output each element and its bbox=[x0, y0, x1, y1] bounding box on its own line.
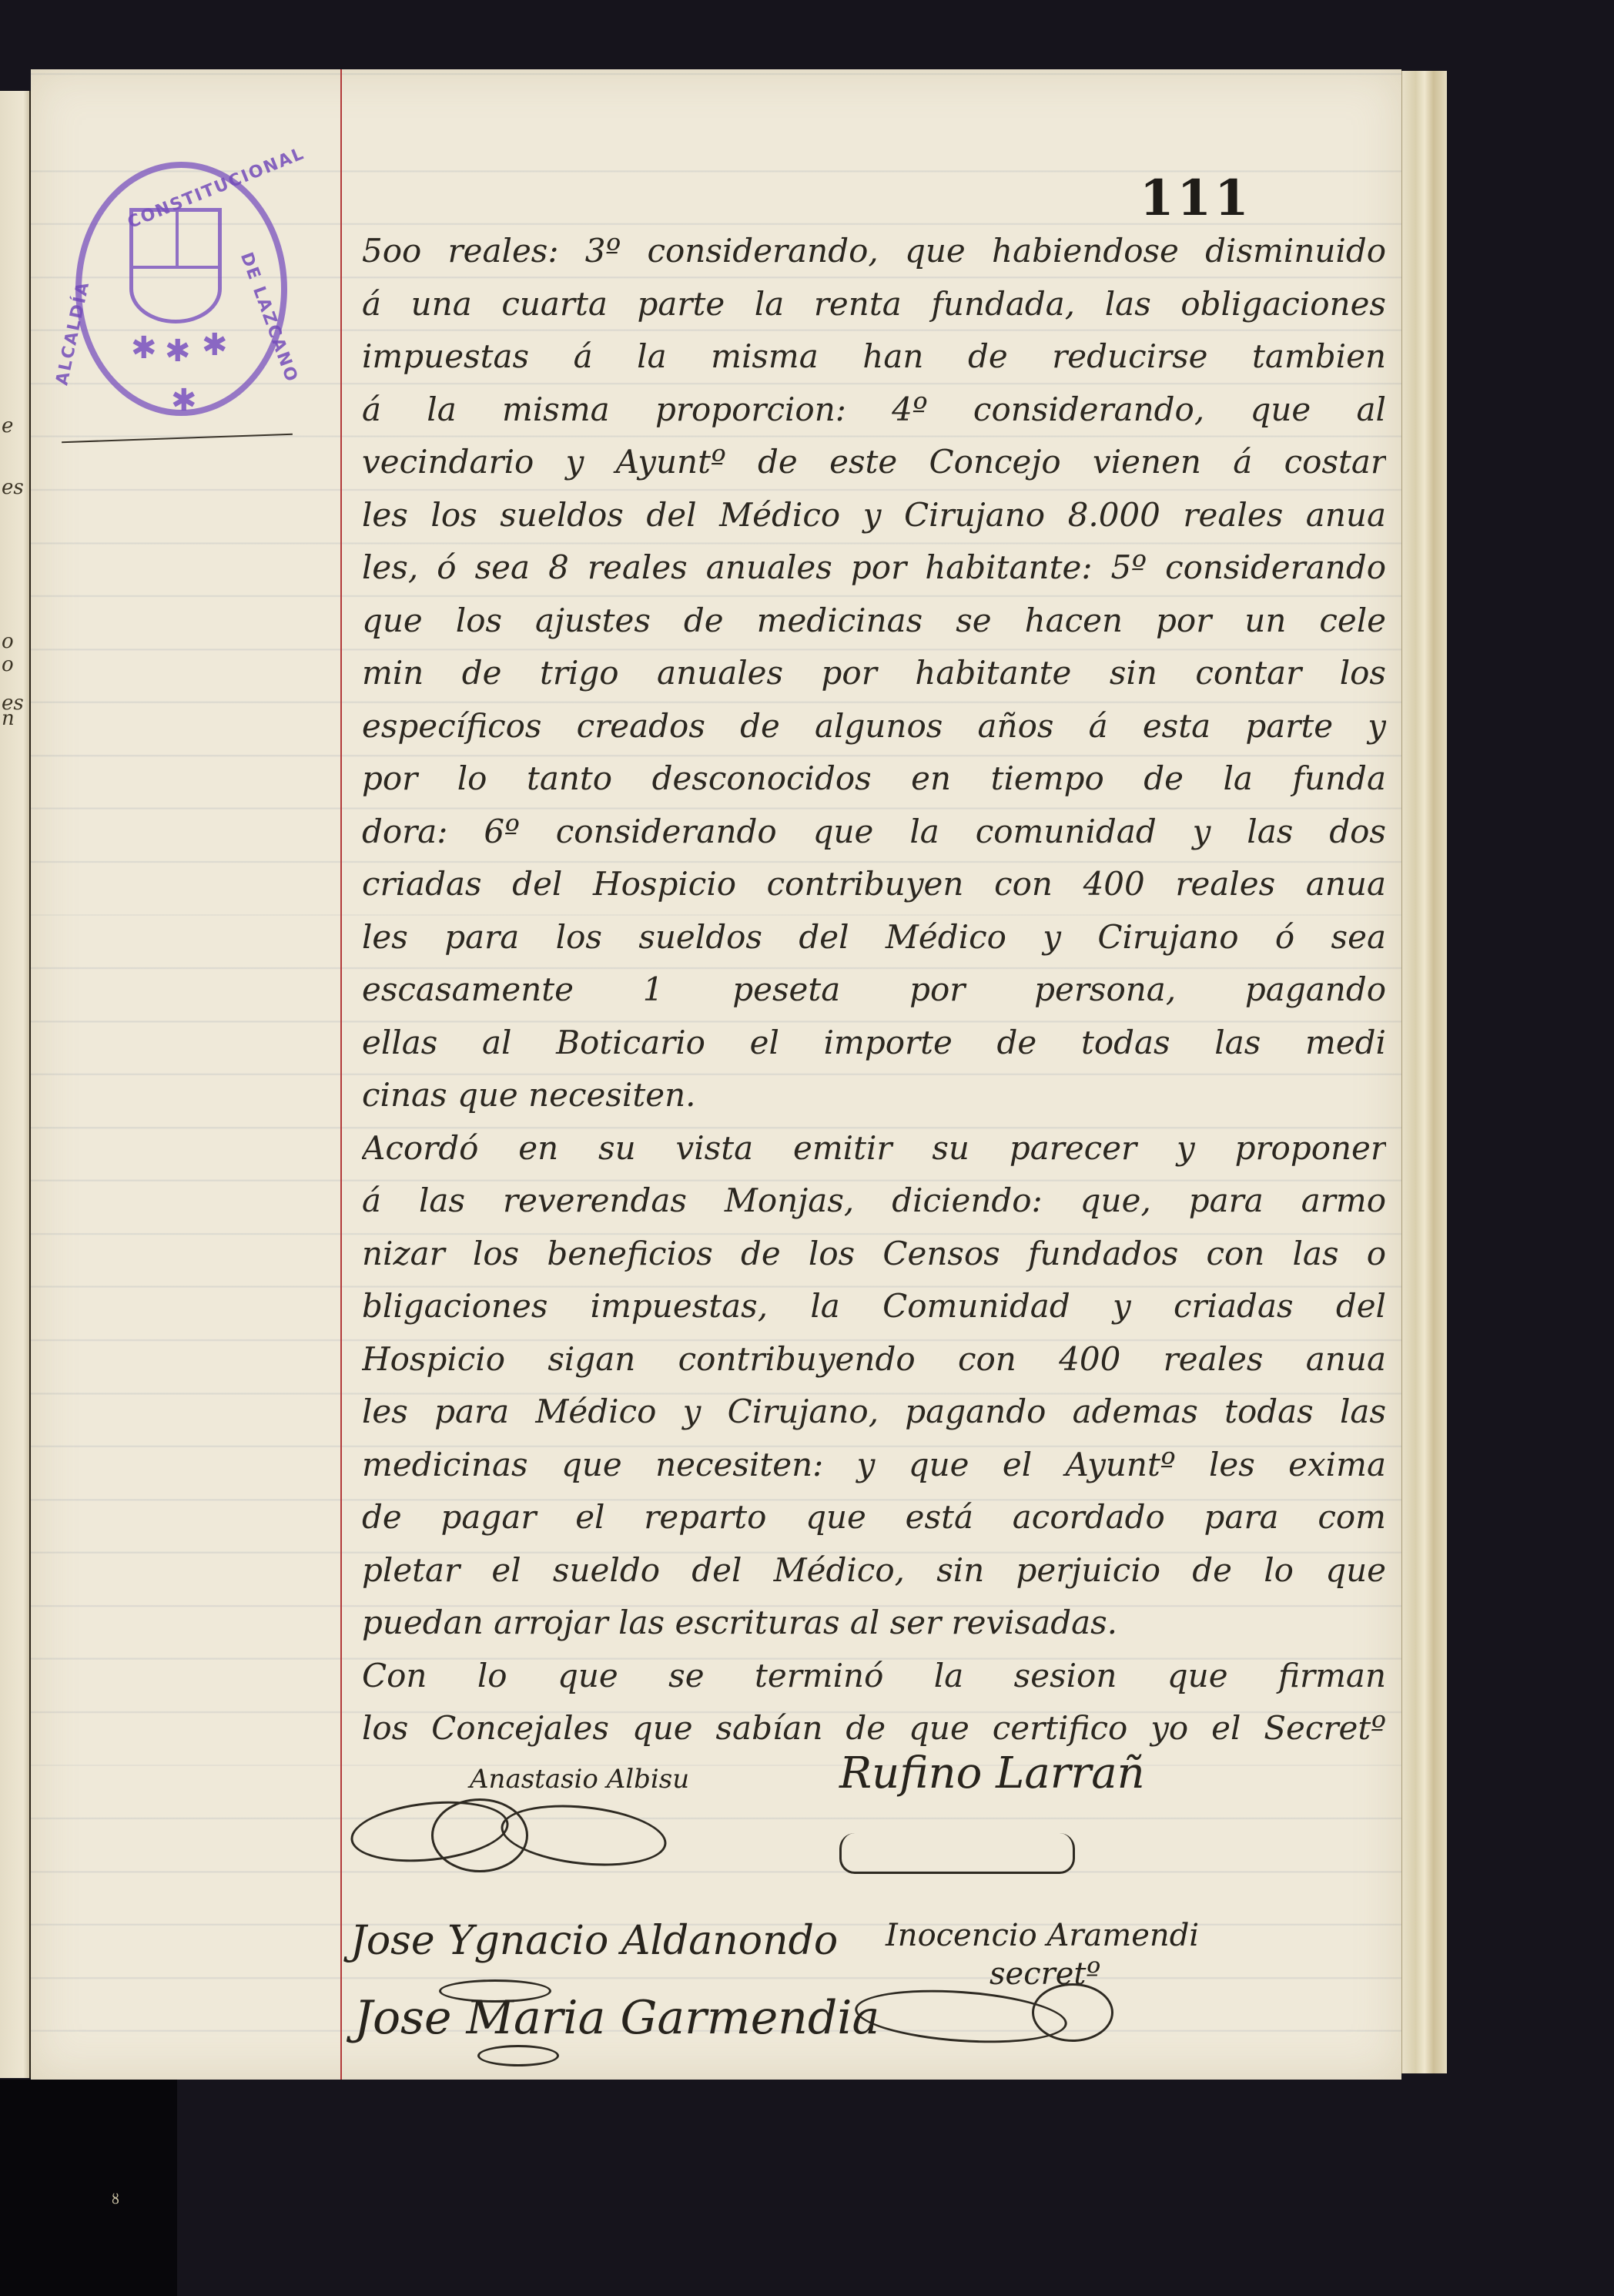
red-margin-rule bbox=[340, 69, 342, 2080]
signature-garmendia: Jose Maria Garmendia bbox=[354, 1991, 879, 2045]
text-line: impuestas á la misma han de reducirse ta… bbox=[362, 330, 1386, 384]
star-icon: ✱ bbox=[171, 385, 197, 416]
signature-aldanondo: Jose Ygnacio Aldanondo bbox=[350, 1918, 838, 1964]
rubric-flourish bbox=[839, 1833, 1075, 1874]
text-line: de pagar el reparto que está acordado pa… bbox=[362, 1491, 1386, 1544]
text-line: les para los sueldos del Médico y Ciruja… bbox=[362, 911, 1386, 964]
text-line: á las reverendas Monjas, diciendo: que, … bbox=[362, 1175, 1386, 1228]
text-line: específicos creados de algunos años á es… bbox=[362, 700, 1386, 753]
rubric-flourish bbox=[477, 2045, 559, 2066]
text-line: Acordó en su vista emitir su parecer y p… bbox=[362, 1122, 1386, 1175]
text-line: puedan arrojar las escrituras al ser rev… bbox=[362, 1597, 1386, 1650]
text-line: cinas que necesiten. bbox=[362, 1069, 1386, 1122]
left-page-fragment: es bbox=[2, 476, 24, 499]
star-icon: ✱ bbox=[165, 336, 191, 367]
star-icon: ✱ bbox=[131, 333, 157, 364]
text-line: dora: 6º considerando que la comunidad y… bbox=[362, 806, 1386, 859]
text-line: min de trigo anuales por habitante sin c… bbox=[362, 647, 1386, 700]
minutes-body: 5oo reales: 3º considerando, que habiend… bbox=[362, 225, 1386, 1755]
left-page-edge: e es o o es n bbox=[0, 91, 31, 2078]
text-line: á la misma proporcion: 4º considerando, … bbox=[362, 384, 1386, 437]
text-line: 5oo reales: 3º considerando, que habiend… bbox=[362, 225, 1386, 278]
left-page-fragment: o bbox=[2, 630, 14, 653]
signature-rufino: Rufino Larrañ bbox=[839, 1748, 1145, 1798]
dust-mark: ȣ bbox=[112, 2191, 119, 2207]
text-line: á una cuarta parte la renta fundada, las… bbox=[362, 278, 1386, 331]
star-icon: ✱ bbox=[202, 330, 228, 360]
text-line: nizar los beneficios de los Censos funda… bbox=[362, 1228, 1386, 1281]
text-line: escasamente 1 peseta por persona, pagand… bbox=[362, 964, 1386, 1017]
text-line: Con lo que se terminó la sesion que firm… bbox=[362, 1650, 1386, 1703]
left-page-fragment: e bbox=[2, 414, 13, 437]
signature-albisu: Anastasio Albisu bbox=[470, 1764, 689, 1795]
text-line: por lo tanto desconocidos en tiempo de l… bbox=[362, 752, 1386, 806]
text-line: vecindario y Ayuntº de este Concejo vien… bbox=[362, 436, 1386, 489]
rubric-flourish bbox=[1032, 1983, 1113, 2042]
text-line: que los ajustes de medicinas se hacen po… bbox=[362, 595, 1386, 648]
page-number: 111 bbox=[1140, 169, 1252, 227]
text-line: ellas al Boticario el importe de todas l… bbox=[362, 1017, 1386, 1070]
scan-background bbox=[0, 2080, 177, 2296]
coat-of-arms-icon bbox=[129, 208, 222, 323]
left-page-fragment: o bbox=[2, 653, 14, 676]
text-line: les, ó sea 8 reales anuales por habitant… bbox=[362, 541, 1386, 595]
page-stack-edge bbox=[1401, 71, 1447, 2073]
signature-aramendi: Inocencio Aramendi bbox=[886, 1918, 1199, 1953]
text-line: los Concejales que sabían de que certifi… bbox=[362, 1702, 1386, 1755]
text-line: les para Médico y Cirujano, pagando adem… bbox=[362, 1386, 1386, 1439]
text-line: criadas del Hospicio contribuyen con 400… bbox=[362, 858, 1386, 911]
text-line: pletar el sueldo del Médico, sin perjuic… bbox=[362, 1544, 1386, 1597]
text-line: bligaciones impuestas, la Comunidad y cr… bbox=[362, 1280, 1386, 1333]
left-page-fragment: n bbox=[2, 707, 15, 730]
text-line: les los sueldos del Médico y Cirujano 8.… bbox=[362, 489, 1386, 542]
text-line: medicinas que necesiten: y que el Ayuntº… bbox=[362, 1439, 1386, 1492]
text-line: Hospicio sigan contribuyendo con 400 rea… bbox=[362, 1333, 1386, 1386]
